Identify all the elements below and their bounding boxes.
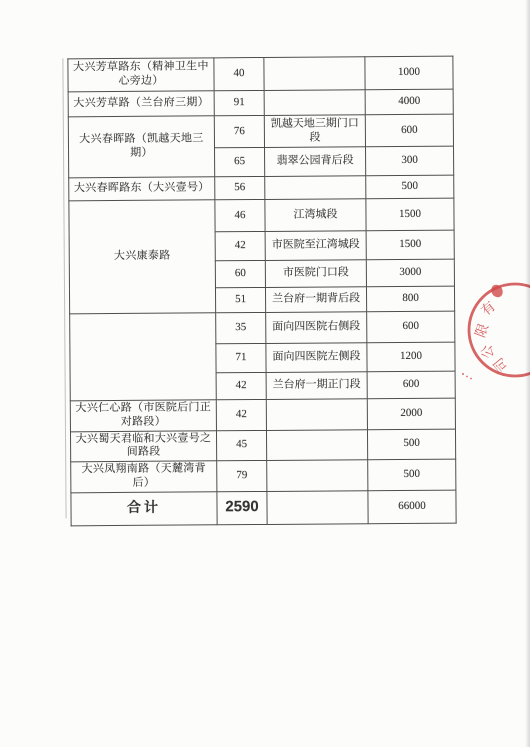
- amount-cell: 800: [366, 286, 454, 312]
- scan-artifact-line: [62, 58, 66, 518]
- road-name-cell: 大兴春晖路（凯越天地三期）: [68, 116, 214, 178]
- count-cell: 91: [214, 90, 264, 115]
- document-sheet: 大兴芳草路东（精神卫生中心旁边） 40 1000 大兴芳草路（兰台府三期） 91…: [0, 0, 530, 747]
- count-cell: 79: [217, 460, 267, 491]
- segment-cell: 兰台府一期正门段: [266, 372, 367, 400]
- count-cell: 42: [215, 231, 265, 260]
- count-cell: 46: [215, 199, 265, 231]
- scanned-document-page: 大兴芳草路东（精神卫生中心旁边） 40 1000 大兴芳草路（兰台府三期） 91…: [0, 0, 530, 747]
- count-cell: 56: [215, 176, 265, 199]
- road-name-cell: 大兴蜀天君临和大兴壹号之间路段: [70, 430, 216, 462]
- road-name-cell: 大兴芳草路东（精神卫生中心旁边）: [68, 58, 214, 92]
- amount-cell: 600: [367, 311, 455, 343]
- road-name-cell: 大兴芳草路（兰台府三期）: [68, 91, 214, 117]
- table-row: 大兴凤翔南路（天麓湾背后） 79 500: [71, 459, 456, 492]
- total-amount-cell: 66000: [368, 490, 456, 524]
- table-row: 大兴康泰路 46 江湾城段 1500: [69, 198, 454, 233]
- segment-cell: [266, 429, 367, 460]
- count-cell: 42: [216, 372, 266, 399]
- segment-cell: 翡翠公园背后段: [265, 147, 366, 177]
- seal-mark-dot: [470, 378, 472, 380]
- road-name-cell-empty: [70, 313, 217, 401]
- total-segment-cell: [267, 490, 368, 524]
- company-seal-stamp: 有 限 公 司: [452, 272, 530, 384]
- count-cell: 42: [216, 399, 266, 430]
- table-row: 大兴仁心路（市医院后门正对路段） 42 2000: [70, 398, 455, 431]
- count-cell: 45: [216, 430, 266, 461]
- seal-char: 有: [478, 298, 498, 318]
- count-cell: 51: [215, 287, 265, 312]
- count-cell: 76: [214, 115, 264, 147]
- amount-cell: 1200: [367, 342, 455, 372]
- segment-cell: [265, 176, 366, 200]
- seal-char: 公: [479, 343, 496, 359]
- amount-cell: 500: [367, 429, 455, 460]
- amount-cell: 1500: [366, 198, 454, 231]
- segment-cell: 江湾城段: [265, 199, 366, 232]
- segment-cell: [267, 460, 368, 491]
- segment-cell: [266, 399, 367, 430]
- amount-cell: 1000: [365, 56, 453, 90]
- segment-cell: 市医院门口段: [265, 260, 366, 288]
- amount-cell: 1500: [366, 230, 454, 260]
- table-row: 大兴芳草路（兰台府三期） 91 4000: [68, 89, 453, 117]
- road-name-cell: 大兴仁心路（市医院后门正对路段）: [70, 400, 216, 432]
- count-cell: 71: [216, 343, 266, 372]
- segment-cell: 兰台府一期背后段: [265, 287, 366, 313]
- total-row: 合计 2590 66000: [71, 490, 456, 526]
- amount-cell: 3000: [366, 259, 454, 287]
- segment-cell: 面向四医院左侧段: [266, 343, 367, 373]
- amount-cell: 500: [368, 459, 456, 490]
- seal-char: 限: [472, 321, 491, 339]
- segment-cell: 市医院至江湾城段: [265, 231, 366, 261]
- amount-cell: 600: [367, 371, 455, 399]
- count-cell: 35: [216, 312, 266, 343]
- amount-cell: 300: [366, 146, 454, 176]
- page-edge-shadow: [525, 0, 530, 747]
- amount-cell: 2000: [367, 398, 455, 429]
- segment-cell: [264, 90, 365, 116]
- segment-cell: [264, 57, 365, 91]
- road-fee-table: 大兴芳草路东（精神卫生中心旁边） 40 1000 大兴芳草路（兰台府三期） 91…: [67, 56, 456, 526]
- count-cell: 65: [215, 147, 265, 176]
- road-name-cell: 大兴康泰路: [69, 200, 216, 314]
- seal-mark-dot: [466, 376, 468, 378]
- seal-mark-dot: [462, 373, 464, 375]
- road-name-cell: 大兴春晖路东（大兴壹号）: [69, 177, 215, 201]
- table-row: 大兴蜀天君临和大兴壹号之间路段 45 500: [70, 429, 455, 462]
- total-count-cell: 2590: [217, 491, 267, 524]
- count-cell: 60: [215, 260, 265, 287]
- road-name-cell: 大兴凤翔南路（天麓湾背后）: [71, 461, 217, 493]
- amount-cell: 600: [365, 114, 453, 147]
- table-row: 大兴芳草路东（精神卫生中心旁边） 40 1000: [68, 56, 453, 92]
- table-row: 35 面向四医院右侧段 600: [70, 311, 455, 345]
- total-label-cell: 合计: [71, 491, 217, 525]
- amount-cell: 4000: [365, 89, 453, 115]
- count-cell: 40: [214, 57, 264, 90]
- table-row: 大兴春晖路（凯越天地三期） 76 凯越天地三期门口段 600: [68, 114, 453, 149]
- amount-cell: 500: [366, 175, 454, 199]
- segment-cell: 面向四医院右侧段: [266, 312, 367, 344]
- segment-cell: 凯越天地三期门口段: [264, 115, 365, 148]
- table-row: 大兴春晖路东（大兴壹号） 56 500: [69, 175, 454, 201]
